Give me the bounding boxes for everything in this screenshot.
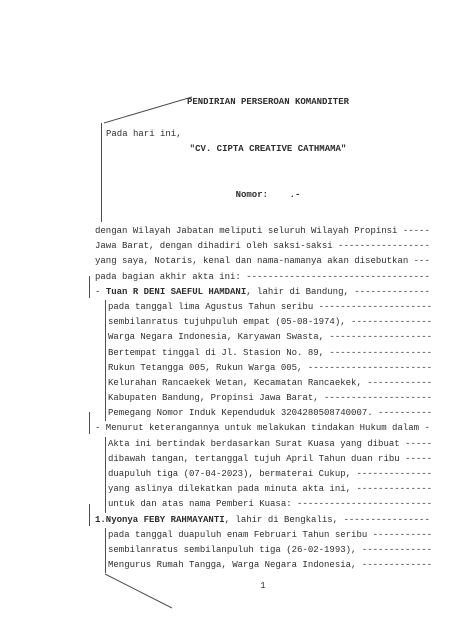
body-line: Bertempat tinggal di Jl. Stasion No. 89,…: [105, 346, 441, 361]
body-line: dengan Wilayah Jabatan meliputi seluruh …: [95, 224, 441, 239]
line-text: Akta ini bertindak berdasarkan Surat Kua…: [108, 439, 432, 449]
body-line: Mengurus Rumah Tangga, Warga Negara Indo…: [105, 558, 441, 573]
body-line: Warga Negara Indonesia, Karyawan Swasta,…: [105, 330, 441, 345]
line-text: dengan Wilayah Jabatan meliputi seluruh …: [95, 226, 430, 236]
line-text: sembilanratus tujuhpuluh empat (05-08-19…: [108, 317, 432, 327]
line-text: Kabupaten Bandung, Propinsi Jawa Barat, …: [108, 393, 432, 403]
line-text: yang saya, Notaris, kenal dan nama-naman…: [95, 256, 430, 266]
line-text: Mengurus Rumah Tangga, Warga Negara Indo…: [108, 560, 432, 570]
party-name-deni-saeful-hamdani: Tuan R DENI SAEFUL HAMDANI: [106, 287, 246, 297]
body-line: Rukun Tetangga 005, Rukun Warga 005, ---…: [105, 361, 441, 376]
body-line-power-of-attorney: - Menurut keterangannya untuk melakukan …: [95, 421, 441, 436]
line-text: yang aslinya dilekatkan pada minuta akta…: [108, 484, 432, 494]
body-line-party-2: 1.Nyonya FEBY RAHMAYANTI, lahir di Bengk…: [95, 513, 441, 528]
line-text: Bertempat tinggal di Jl. Stasion No. 89,…: [108, 348, 432, 358]
body-line: untuk dan atas nama Pemberi Kuasa: -----…: [105, 497, 441, 512]
body-line: Jawa Barat, dengan dihadiri oleh saksi-s…: [95, 239, 441, 254]
body-line: pada tanggal duapuluh enam Februari Tahu…: [105, 528, 441, 543]
deed-header: PENDIRIAN PERSEROAN KOMANDITER "CV. CIPT…: [95, 64, 441, 235]
body-line: pada tanggal lima Agustus Tahun seribu -…: [105, 300, 441, 315]
body-line: duapuluh tiga (07-04-2023), bermaterai C…: [105, 467, 441, 482]
line-text: dibawah tangan, tertanggal tujuh April T…: [108, 454, 432, 464]
body-line: sembilanratus tujuhpuluh empat (05-08-19…: [105, 315, 441, 330]
line-text: Warga Negara Indonesia, Karyawan Swasta,…: [108, 332, 432, 342]
line-text: pada tanggal lima Agustus Tahun seribu -…: [108, 302, 432, 312]
line-text: Kelurahan Rancaekek Wetan, Kecamatan Ran…: [108, 378, 432, 388]
body-line: yang aslinya dilekatkan pada minuta akta…: [105, 482, 441, 497]
deed-number: Nomor: .-: [95, 188, 441, 204]
body-line: pada bagian akhir akta ini: ------------…: [95, 270, 441, 285]
line-text: pada bagian akhir akta ini: ------------…: [95, 272, 430, 282]
deed-title: PENDIRIAN PERSEROAN KOMANDITER: [95, 95, 441, 111]
line-text: Rukun Tetangga 005, Rukun Warga 005, ---…: [108, 363, 432, 373]
line-text: -: [95, 287, 106, 297]
body-line: dibawah tangan, tertanggal tujuh April T…: [105, 452, 441, 467]
bottom-diagonal-rule: [105, 574, 172, 608]
body-line: yang saya, Notaris, kenal dan nama-naman…: [95, 254, 441, 269]
body-line: Pemegang Nomor Induk Kependuduk 32042805…: [105, 406, 441, 421]
line-text: - Menurut keterangannya untuk melakukan …: [95, 423, 430, 433]
page-number: 1: [95, 581, 431, 591]
body-line: Akta ini bertindak berdasarkan Surat Kua…: [105, 437, 441, 452]
line-text: , lahir di Bengkalis, ----------------: [225, 515, 430, 525]
line-text: sembilanratus sembilanpuluh tiga (26-02-…: [108, 545, 432, 555]
body-line-party-1: - Tuan R DENI SAEFUL HAMDANI, lahir di B…: [95, 285, 441, 300]
body-line: Kabupaten Bandung, Propinsi Jawa Barat, …: [105, 391, 441, 406]
line-text: pada tanggal duapuluh enam Februari Tahu…: [108, 530, 432, 540]
line-text: Pemegang Nomor Induk Kependuduk 32042805…: [108, 408, 432, 418]
deed-page: PENDIRIAN PERSEROAN KOMANDITER "CV. CIPT…: [0, 0, 474, 632]
body-line: sembilanratus sembilanpuluh tiga (26-02-…: [105, 543, 441, 558]
body-line: Kelurahan Rancaekek Wetan, Kecamatan Ran…: [105, 376, 441, 391]
deed-body-text: dengan Wilayah Jabatan meliputi seluruh …: [95, 224, 441, 573]
company-name: "CV. CIPTA CREATIVE CATHMAMA": [95, 142, 441, 158]
line-text: untuk dan atas nama Pemberi Kuasa: -----…: [108, 499, 432, 509]
line-text: , lahir di Bandung, --------------: [246, 287, 430, 297]
line-text: Jawa Barat, dengan dihadiri oleh saksi-s…: [95, 241, 430, 251]
line-text: duapuluh tiga (07-04-2023), bermaterai C…: [108, 469, 432, 479]
opening-line: Pada hari ini,: [106, 129, 182, 139]
party-name-feby-rahmayanti: 1.Nyonya FEBY RAHMAYANTI: [95, 515, 225, 525]
